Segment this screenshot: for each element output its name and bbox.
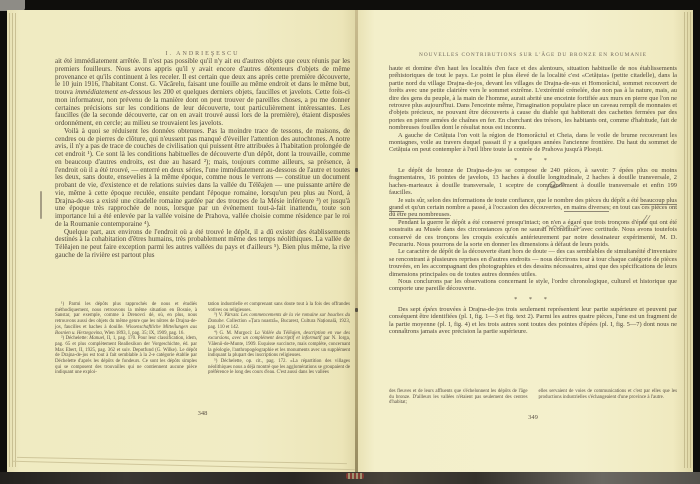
footnote: ²) Déchelette: Manuel, II, 1, pag. 170. … xyxy=(55,336,197,376)
left-footnotes: ¹) Parmi les dépôts plus rapprochés de n… xyxy=(55,302,350,376)
asterism: * * * xyxy=(389,157,677,165)
photo-border-left xyxy=(0,0,7,484)
footnote: ⁴) G. M. Murgoci: La Vallée du Télĕajen,… xyxy=(208,331,350,360)
right-footnotes: des fleuves et de leurs affluents que s'… xyxy=(389,389,677,406)
left-footnotes-col2: tation industrielle et comprenant sans d… xyxy=(208,302,350,376)
footnote: ¹) Parmi les dépôts plus rapprochés de n… xyxy=(55,302,197,336)
footnote: ³) V. Pârvan: Les commencements de la vi… xyxy=(208,313,350,330)
left-footnotes-col1: ¹) Parmi les dépôts plus rapprochés de n… xyxy=(55,302,197,376)
paragraph: ait été immédiatement arrêtée. Il n'est … xyxy=(55,58,350,128)
paragraph: Le dépôt de bronze de Drajna-de-jos se c… xyxy=(389,167,677,197)
paragraph: Quelque part, aux environs de l'endroit … xyxy=(55,229,350,260)
footnote: des fleuves et de leurs affluents que s'… xyxy=(389,389,528,406)
paragraph: Je suis sûr, selon des informations de t… xyxy=(389,197,677,219)
page-edges-right xyxy=(684,12,692,468)
right-page: NOUVELLES CONTRIBUTIONS SUR L'ÂGE DU BRO… xyxy=(358,10,693,472)
page-number-right: 349 xyxy=(389,414,677,421)
footnote: tation industrielle et comprenant sans d… xyxy=(208,302,350,313)
asterism: * * * xyxy=(389,296,677,304)
paragraph: Pendant la guerre le dépôt a été conserv… xyxy=(389,219,677,249)
right-footnotes-col2: elles servaient de voies de communicatio… xyxy=(539,389,678,406)
running-head-left: I. ANDRIEŞESCU xyxy=(55,51,350,57)
page-edges-left xyxy=(9,13,17,467)
binding-headband xyxy=(346,473,364,479)
photo-border-right xyxy=(693,0,700,484)
handwritten-squiggle xyxy=(545,178,567,193)
pencil-margin-line xyxy=(40,191,42,219)
paragraph: Des sept épées trouvées à Drajna-de-jos … xyxy=(389,306,677,336)
right-main-text: haute et domine d'en haut les localités … xyxy=(389,65,677,384)
footnote: ⁵) Déchelette, op. cit., pag. 172. «La r… xyxy=(208,359,350,376)
photo-border-top xyxy=(0,0,700,10)
paragraph: Voilà à quoi se réduisent les données ob… xyxy=(55,128,350,229)
page-number-left: 348 xyxy=(55,410,350,417)
left-page: I. ANDRIEŞESCU ait été immédiatement arr… xyxy=(7,10,356,472)
paragraph: Nous conclurons par les observations con… xyxy=(389,278,677,293)
left-main-text: ait été immédiatement arrêtée. Il n'est … xyxy=(55,58,350,304)
right-footnotes-col1: des fleuves et de leurs affluents que s'… xyxy=(389,389,528,406)
running-head-right: NOUVELLES CONTRIBUTIONS SUR L'ÂGE DU BRO… xyxy=(389,52,677,58)
footnote: elles servaient de voies de communicatio… xyxy=(539,389,678,400)
open-book-scan: I. ANDRIEŞESCU ait été immédiatement arr… xyxy=(0,0,700,484)
paragraph: A gauche de Cetățuia l'on voit la région… xyxy=(389,132,677,154)
paragraph: haute et domine d'en haut les localités … xyxy=(389,65,677,132)
paragraph: Le caractère de dépôt de la découverte é… xyxy=(389,248,677,278)
